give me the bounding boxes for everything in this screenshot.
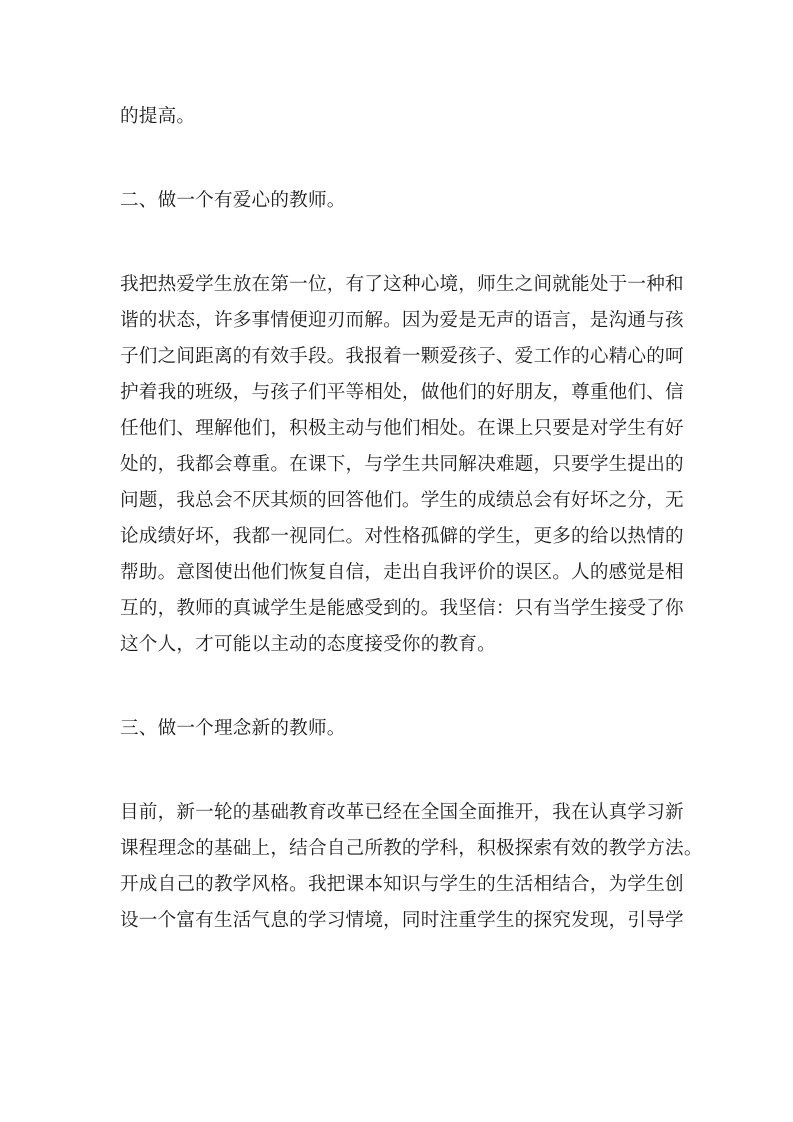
paragraph-line: 处的，我都会尊重。在课下，与学生共同解决难题，只要学生提出的 — [120, 453, 680, 477]
document-page: 的提高。 二、做一个有爱心的教师。 我把热爱学生放在第一位，有了这种心境，师生之… — [0, 0, 793, 1122]
paragraph-line: 任他们、理解他们，积极主动与他们相处。在课上只要是对学生有好 — [120, 417, 680, 441]
paragraph-line: 子们之间距离的有效手段。我报着一颗爱孩子、爱工作的心精心的呵 — [120, 345, 680, 369]
paragraph-line: 这个人，才可能以主动的态度接受你的教育。 — [120, 633, 680, 657]
paragraph-line: 设一个富有生活气息的学习情境，同时注重学生的探究发现，引导学 — [120, 909, 680, 933]
paragraph-continuation: 的提高。 — [120, 105, 680, 129]
section-heading-2: 二、做一个有爱心的教师。 — [120, 189, 680, 213]
paragraph-line: 护着我的班级，与孩子们平等相处，做他们的好朋友，尊重他们、信 — [120, 381, 680, 405]
paragraph-line: 开成自己的教学风格。我把课本知识与学生的生活相结合，为学生创 — [120, 873, 680, 897]
paragraph-line: 互的，教师的真诚学生是能感受到的。我坚信：只有当学生接受了你 — [120, 597, 680, 621]
paragraph-line: 我把热爱学生放在第一位，有了这种心境，师生之间就能处于一种和 — [120, 273, 680, 297]
paragraph-line: 谐的状态，许多事情便迎刃而解。因为爱是无声的语言，是沟通与孩 — [120, 309, 680, 333]
paragraph-line: 目前，新一轮的基础教育改革已经在全国全面推开，我在认真学习新 — [120, 801, 680, 825]
paragraph-line: 课程理念的基础上，结合自己所教的学科，积极探索有效的教学方法。 — [120, 837, 680, 861]
section-heading-3: 三、做一个理念新的教师。 — [120, 717, 680, 741]
paragraph-line: 帮助。意图使出他们恢复自信，走出自我评价的误区。人的感觉是相 — [120, 561, 680, 585]
paragraph-line: 论成绩好坏，我都一视同仁。对性格孤僻的学生，更多的给以热情的 — [120, 525, 680, 549]
paragraph-line: 问题，我总会不厌其烦的回答他们。学生的成绩总会有好坏之分，无 — [120, 489, 680, 513]
